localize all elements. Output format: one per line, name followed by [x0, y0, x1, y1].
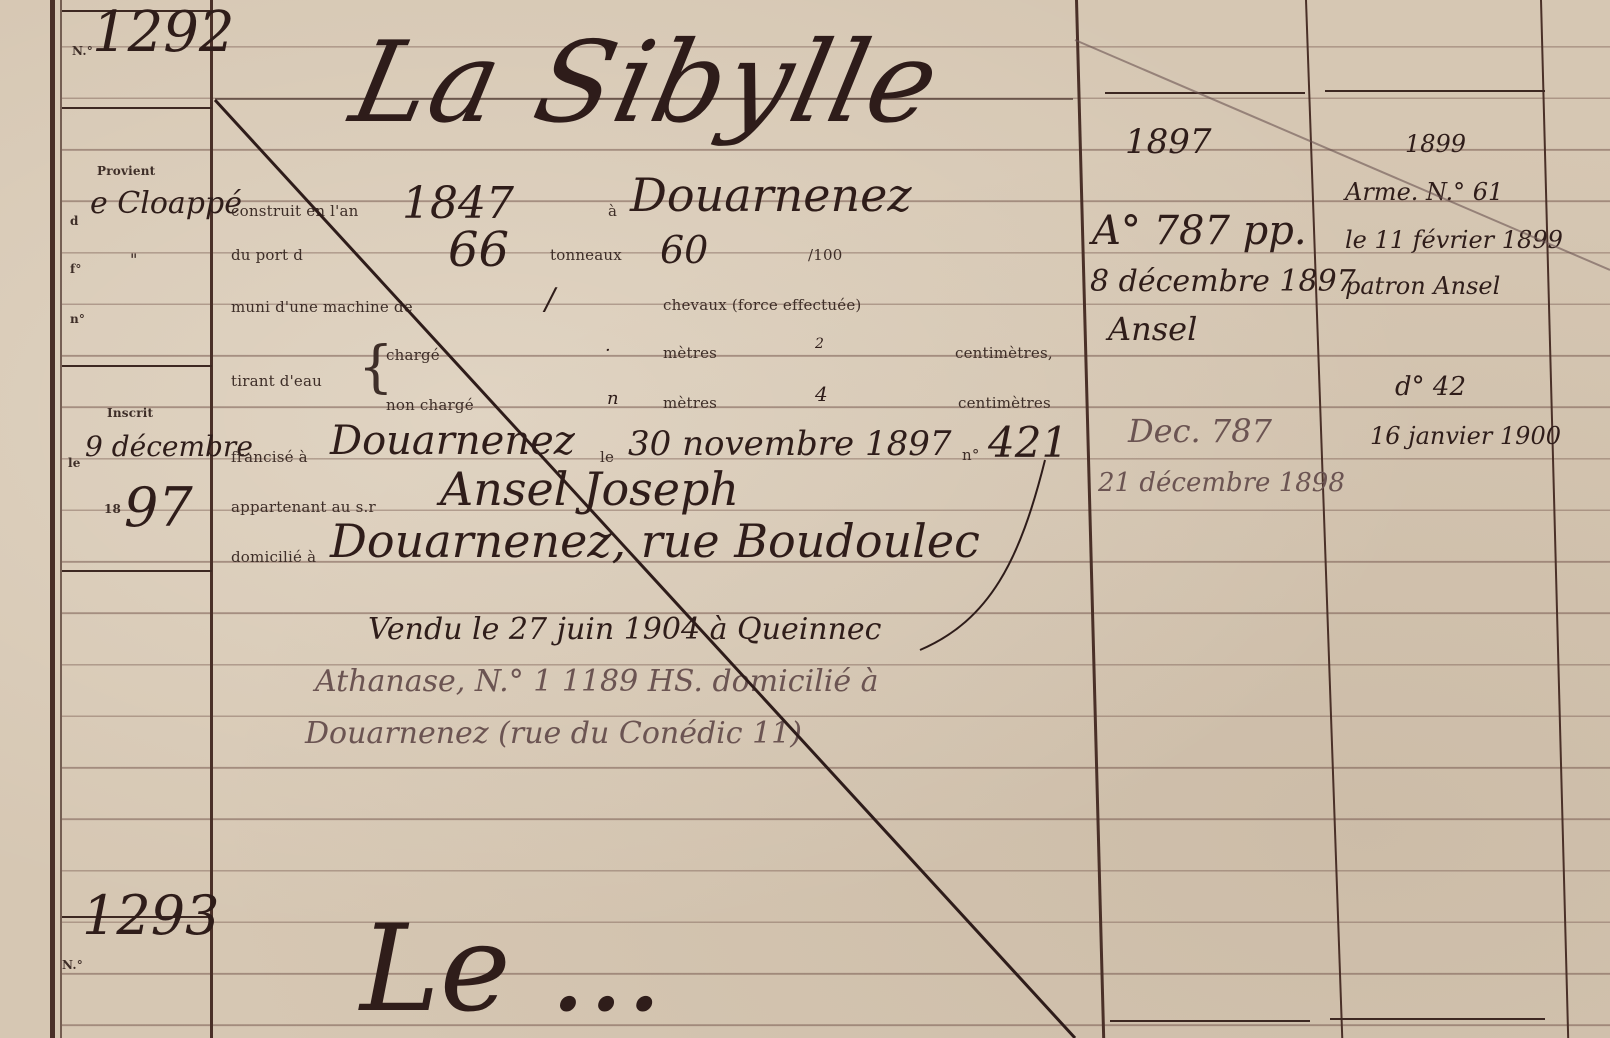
ledger-page: N.° 1292 Provient d e Cloappé f° " n° In…	[0, 0, 1610, 1038]
cancellation-strike-lines	[0, 0, 1610, 1038]
